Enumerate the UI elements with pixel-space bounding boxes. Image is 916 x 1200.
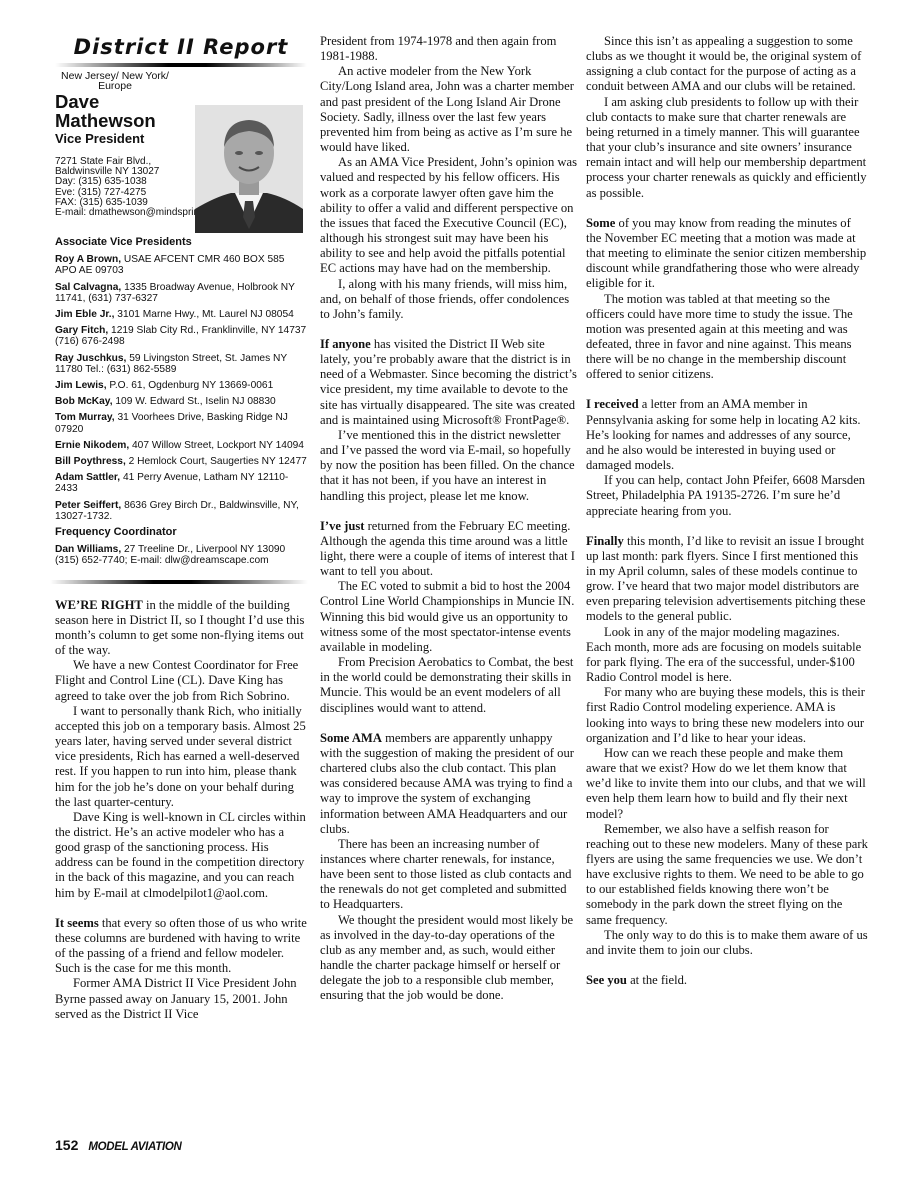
paragraph-text: of you may know from reading the minutes… xyxy=(586,216,866,291)
page-number: 152 xyxy=(55,1137,78,1153)
associates-heading: Associate Vice Presidents xyxy=(55,237,307,248)
article-paragraph: An active modeler from the New York City… xyxy=(320,64,578,155)
associate-details: P.O. 61, Ogdenburg NY 13669-0061 xyxy=(107,380,274,391)
article-paragraph: Look in any of the major modeling magazi… xyxy=(586,625,868,686)
article-paragraph: It seems that every so often those of us… xyxy=(55,916,307,977)
paragraph-lead: Finally xyxy=(586,534,624,548)
associate-entry: Bob McKay, 109 W. Edward St., Iselin NJ … xyxy=(55,396,307,407)
associate-entry: Gary Fitch, 1219 Slab City Rd., Franklin… xyxy=(55,325,307,347)
article-paragraph: I’ve just returned from the February EC … xyxy=(320,519,578,580)
page-title: District II Report xyxy=(55,34,307,60)
middle-column: President from 1974-1978 and then again … xyxy=(320,34,578,1004)
portrait-photo xyxy=(195,105,303,233)
vp-name: Dave Mathewson xyxy=(55,92,195,130)
associate-name: Sal Calvagna, xyxy=(55,282,121,293)
paragraph-lead: I received xyxy=(586,397,639,411)
article-paragraph: Former AMA District II Vice President Jo… xyxy=(55,976,307,1021)
article-paragraph: Remember, we also have a selfish reason … xyxy=(586,822,868,928)
article-paragraph: Some AMA members are apparently unhappy … xyxy=(320,731,578,837)
article-paragraph: I received a letter from an AMA member i… xyxy=(586,397,868,473)
associate-details: 2 Hemlock Court, Saugerties NY 12477 xyxy=(126,456,307,467)
associate-details: 3101 Marne Hwy., Mt. Laurel NJ 08054 xyxy=(114,309,293,320)
frequency-coordinator-name: Dan Williams, xyxy=(55,544,121,555)
associate-entry: Tom Murray, 31 Voorhees Drive, Basking R… xyxy=(55,412,307,434)
article-paragraph: If you can help, contact John Pfeifer, 6… xyxy=(586,473,868,518)
frequency-heading: Frequency Coordinator xyxy=(55,527,307,538)
paragraph-lead: Some xyxy=(586,216,615,230)
associate-name: Ernie Nikodem, xyxy=(55,440,129,451)
associate-name: Jim Lewis, xyxy=(55,380,107,391)
associate-entry: Roy A Brown, USAE AFCENT CMR 460 BOX 585… xyxy=(55,254,307,276)
sidebar-divider xyxy=(50,580,308,584)
associate-name: Bill Poythress, xyxy=(55,456,126,467)
article-paragraph: Some of you may know from reading the mi… xyxy=(586,216,868,292)
vp-title: Vice President xyxy=(55,131,144,146)
right-column: Since this isn’t as appealing a suggesti… xyxy=(586,34,868,988)
article-paragraph: See you at the field. xyxy=(586,973,868,988)
associate-name: Gary Fitch, xyxy=(55,325,108,336)
associate-entry: Ernie Nikodem, 407 Willow Street, Lockpo… xyxy=(55,440,307,451)
article-column-3: Since this isn’t as appealing a suggesti… xyxy=(586,34,868,988)
article-paragraph: We thought the president would most like… xyxy=(320,913,578,1004)
paragraph-text: at the field. xyxy=(627,973,687,987)
portrait-photo-icon xyxy=(195,105,303,233)
article-column-1: WE’RE RIGHT in the middle of the buildin… xyxy=(55,598,307,1022)
associate-name: Jim Eble Jr., xyxy=(55,309,114,320)
article-paragraph: I want to personally thank Rich, who ini… xyxy=(55,704,307,810)
article-paragraph: For many who are buying these models, th… xyxy=(586,685,868,746)
article-paragraph: There has been an increasing number of i… xyxy=(320,837,578,913)
page-footer: 152 Model Aviation xyxy=(55,1137,181,1157)
associate-entry: Ray Juschkus, 59 Livingston Street, St. … xyxy=(55,353,307,375)
associate-entry: Jim Eble Jr., 3101 Marne Hwy., Mt. Laure… xyxy=(55,309,307,320)
associate-entry: Sal Calvagna, 1335 Broadway Avenue, Holb… xyxy=(55,282,307,304)
left-column: District II Report New Jersey/ New York/… xyxy=(55,34,307,1022)
associate-name: Roy A Brown, xyxy=(55,254,121,265)
associate-entry: Adam Sattler, 41 Perry Avenue, Latham NY… xyxy=(55,472,307,494)
article-paragraph: President from 1974-1978 and then again … xyxy=(320,34,578,64)
magazine-page: District II Report New Jersey/ New York/… xyxy=(0,0,916,1200)
associate-name: Tom Murray, xyxy=(55,412,115,423)
associate-name: Adam Sattler, xyxy=(55,472,120,483)
paragraph-text: this month, I’d like to revisit an issue… xyxy=(586,534,865,624)
district-region: New Jersey/ New York/ Europe xyxy=(55,71,175,91)
article-paragraph: As an AMA Vice President, John’s opinion… xyxy=(320,155,578,276)
associate-entry: Peter Seiffert, 8636 Grey Birch Dr., Bal… xyxy=(55,500,307,522)
article-paragraph: The EC voted to submit a bid to host the… xyxy=(320,579,578,655)
article-paragraph: Finally this month, I’d like to revisit … xyxy=(586,534,868,625)
associate-name: Bob McKay, xyxy=(55,396,113,407)
frequency-entry: Dan Williams, 27 Treeline Dr., Liverpool… xyxy=(55,544,307,566)
associate-details: 109 W. Edward St., Iselin NJ 08830 xyxy=(113,396,276,407)
associate-name: Peter Seiffert, xyxy=(55,500,121,511)
paragraph-lead: I’ve just xyxy=(320,519,364,533)
associate-entry: Bill Poythress, 2 Hemlock Court, Saugert… xyxy=(55,456,307,467)
paragraph-lead: WE’RE RIGHT xyxy=(55,598,143,612)
article-paragraph: The motion was tabled at that meeting so… xyxy=(586,292,868,383)
paragraph-lead: Some AMA xyxy=(320,731,382,745)
paragraph-lead: It seems xyxy=(55,916,99,930)
article-paragraph: We have a new Contest Coordinator for Fr… xyxy=(55,658,307,703)
paragraph-lead: If anyone xyxy=(320,337,371,351)
paragraph-lead: See you xyxy=(586,973,627,987)
article-paragraph: I’ve mentioned this in the district news… xyxy=(320,428,578,504)
paragraph-text: members are apparently unhappy with the … xyxy=(320,731,574,836)
article-paragraph: Dave King is well-known in CL circles wi… xyxy=(55,810,307,901)
article-paragraph: The only way to do this is to make them … xyxy=(586,928,868,958)
article-paragraph: WE’RE RIGHT in the middle of the buildin… xyxy=(55,598,307,659)
article-paragraph: I, along with his many friends, will mis… xyxy=(320,277,578,322)
article-paragraph: I am asking club presidents to follow up… xyxy=(586,95,868,201)
article-paragraph: How can we reach these people and make t… xyxy=(586,746,868,822)
associate-name: Ray Juschkus, xyxy=(55,353,126,364)
magazine-name: Model Aviation xyxy=(88,1141,181,1153)
article-paragraph: If anyone has visited the District II We… xyxy=(320,337,578,428)
article-column-2: President from 1974-1978 and then again … xyxy=(320,34,578,1004)
article-paragraph: Since this isn’t as appealing a suggesti… xyxy=(586,34,868,95)
associate-entry: Jim Lewis, P.O. 61, Ogdenburg NY 13669-0… xyxy=(55,380,307,391)
vp-bio: New Jersey/ New York/ Europe Dave Mathew… xyxy=(55,67,307,217)
associate-details: 407 Willow Street, Lockport NY 14094 xyxy=(129,440,304,451)
article-paragraph: From Precision Aerobatics to Combat, the… xyxy=(320,655,578,716)
associate-vp-sidebar: Associate Vice Presidents Roy A Brown, U… xyxy=(55,237,307,584)
